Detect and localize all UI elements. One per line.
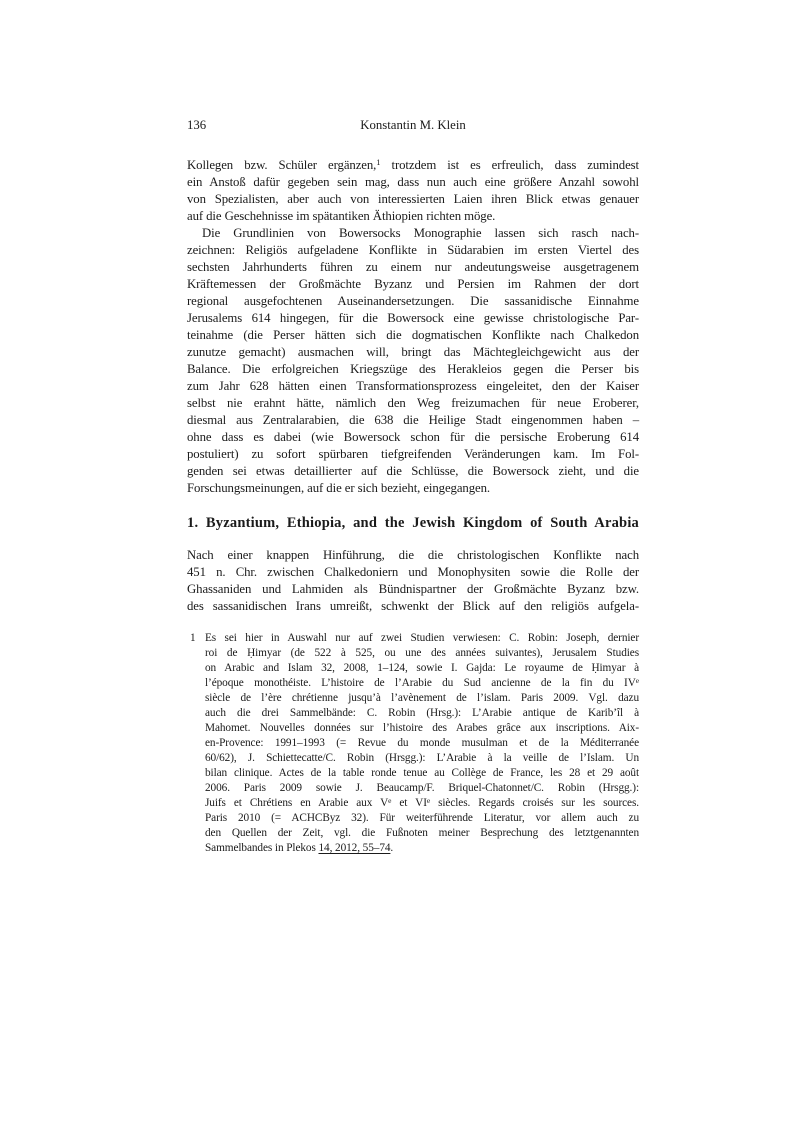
text-line: den Quellen der Zeit, vgl. die Fußnoten … [205, 826, 639, 841]
footnote-text: Es sei hier in Auswahl nur auf zwei Stud… [205, 631, 639, 856]
text-segment: Sammelbandes in Plekos [205, 842, 318, 854]
text-line: ein Anstoß dafür gegeben sein mag, dass … [187, 174, 639, 191]
paragraph-section1: Nach einer knappen Hinführung, die die c… [187, 547, 639, 615]
text-line: postuliert) zu sofort spürbaren tiefgrei… [187, 446, 639, 463]
text-segment: Juifs et Chrétiens en Arabie aux V [205, 797, 388, 809]
footnote-marker: 1 [376, 157, 380, 167]
text-line: selbst nie erahnt hätte, nämlich den Weg… [187, 395, 639, 412]
text-line: genden sei etwas detaillierter auf die S… [187, 463, 639, 480]
footnote: 1 Es sei hier in Auswahl nur auf zwei St… [187, 631, 639, 856]
text-line: on Arabic and Islam 32, 2008, 1–124, sow… [205, 661, 639, 676]
text-line: en-Provence: 1991–1993 (= Revue du monde… [205, 736, 639, 751]
text-line: 60/62), J. Schiettecatte/C. Robin (Hrsgg… [205, 751, 639, 766]
text-line: von Spezialisten, aber auch von interess… [187, 191, 639, 208]
text-line: auch die drei Sammelbände: C. Robin (Hrs… [205, 706, 639, 721]
text-line: Es sei hier in Auswahl nur auf zwei Stud… [205, 631, 639, 646]
text-line: teinahme (die Perser hätten sich die dog… [187, 327, 639, 344]
text-line: Paris 2010 (= ACHCByz 32). Für weiterfüh… [205, 811, 639, 826]
text-line: auf die Geschehnisse im spätantiken Äthi… [187, 208, 639, 225]
text-line: 451 n. Chr. zwischen Chalkedoniern und M… [187, 564, 639, 581]
ordinal-superscript: e [636, 676, 639, 685]
text-line: Nach einer knappen Hinführung, die die c… [187, 547, 639, 564]
text-line: diesmal aus Zentralarabien, die 638 die … [187, 412, 639, 429]
section-heading: 1. Byzantium, Ethiopia, and the Jewish K… [187, 514, 639, 533]
text-line: Jerusalems 614 hingegen, für die Bowerso… [187, 310, 639, 327]
text-segment: Kollegen bzw. Schüler ergänzen, [187, 158, 376, 172]
text-line: zum Jahr 628 hätten einen Transformation… [187, 378, 639, 395]
text-line: Juifs et Chrétiens en Arabie aux Ve et V… [205, 796, 639, 811]
text-line: zunutze gemacht) ausmachen will, bringt … [187, 344, 639, 361]
document-page: 136 Konstantin M. Klein Kollegen bzw. Sc… [0, 0, 800, 1131]
page-number: 136 [187, 118, 206, 133]
text-block: 136 Konstantin M. Klein Kollegen bzw. Sc… [187, 118, 639, 856]
plekos-citation-link[interactable]: 14, 2012, 55–74 [318, 842, 390, 854]
text-line: ohne dass es dabei (wie Bowersock schon … [187, 429, 639, 446]
text-line: Sammelbandes in Plekos 14, 2012, 55–74. [205, 841, 639, 856]
text-segment: l’époque monothéiste. L’histoire de l’Ar… [205, 677, 636, 689]
page-header: 136 Konstantin M. Klein [187, 118, 639, 135]
text-line: bilan clinique. Actes de la table ronde … [205, 766, 639, 781]
text-line: Forschungsmeinungen, auf die er sich bez… [187, 480, 639, 497]
text-line: zeichnen: Religiös aufgeladene Konflikte… [187, 242, 639, 259]
text-line: sechsten Jahrhunderts führen zu einem nu… [187, 259, 639, 276]
text-line: roi de Ḥimyar (de 522 à 525, ou une des … [205, 646, 639, 661]
text-line: Kräftemessen der Großmächte Byzanz und P… [187, 276, 639, 293]
ordinal-superscript: e [388, 796, 391, 805]
text-line: Ghassaniden und Lahmiden als Bündnispart… [187, 581, 639, 598]
text-line: Balance. Die erfolgreichen Kriegszüge de… [187, 361, 639, 378]
text-line: Kollegen bzw. Schüler ergänzen,1 trotzde… [187, 157, 639, 174]
running-title: Konstantin M. Klein [187, 118, 639, 133]
paragraph-overview: Die Grundlinien von Bowersocks Monograph… [187, 225, 639, 497]
text-line: des sassanidischen Irans umreißt, schwen… [187, 598, 639, 615]
text-line: Mahomet. Nouvelles données sur l’histoir… [205, 721, 639, 736]
text-line: 2006. Paris 2009 sowie J. Beaucamp/F. Br… [205, 781, 639, 796]
text-segment: . [390, 842, 393, 854]
paragraph-intro: Kollegen bzw. Schüler ergänzen,1 trotzde… [187, 157, 639, 225]
text-segment: trotzdem ist es erfreulich, dass zuminde… [380, 158, 639, 172]
text-segment: et VI [391, 797, 427, 809]
footnote-number: 1 [187, 631, 205, 856]
text-line: l’époque monothéiste. L’histoire de l’Ar… [205, 676, 639, 691]
text-line: regional ausgefochtenen Auseinandersetzu… [187, 293, 639, 310]
ordinal-superscript: e [427, 796, 430, 805]
text-line: Die Grundlinien von Bowersocks Monograph… [187, 225, 639, 242]
text-line: siècle de l’ère chrétienne jusqu’à l’avè… [205, 691, 639, 706]
text-segment: siècles. Regards croisés sur les sources… [430, 797, 639, 809]
